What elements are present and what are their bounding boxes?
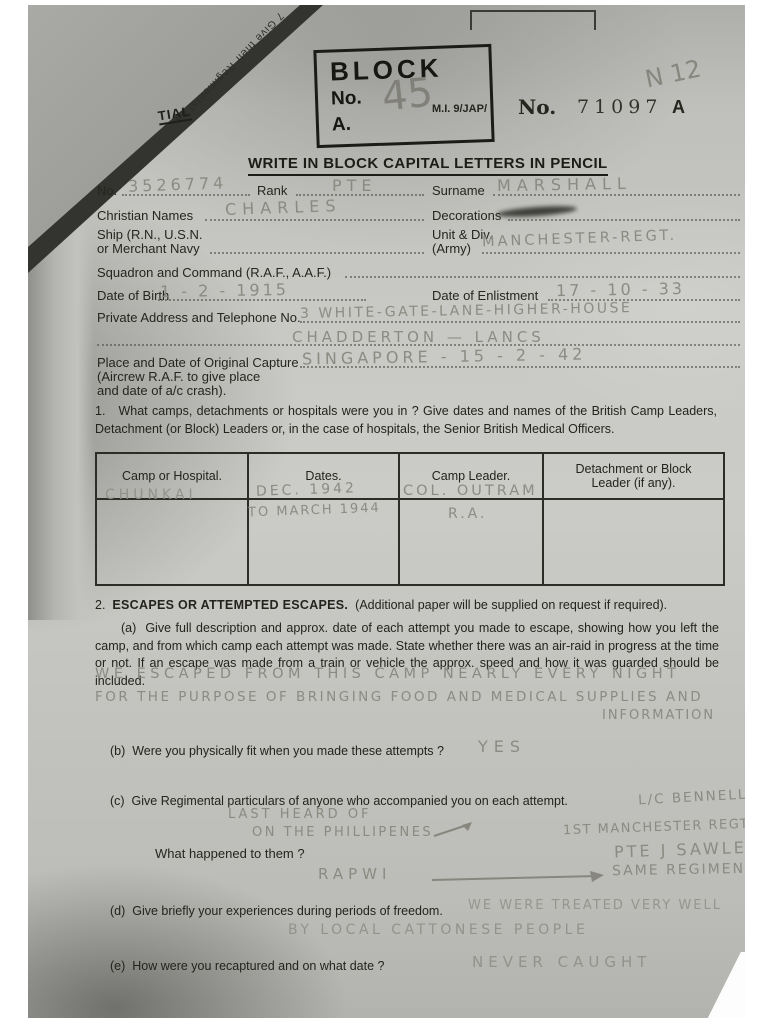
question-1: 1. What camps, detachments or hospitals … bbox=[95, 403, 717, 438]
address-value-line2: CHADDERTON — LANCS bbox=[292, 328, 545, 346]
answer-2c-last-heard: LAST HEARD OF bbox=[228, 807, 372, 822]
handwritten-block-number: 45 bbox=[380, 69, 435, 120]
camps-table: Camp or Hospital. Dates. Camp Leader. De… bbox=[95, 452, 725, 586]
questionnaire-number: 71097 bbox=[577, 96, 662, 118]
what-happened-label: What happened to them ? bbox=[155, 846, 305, 861]
answer-2a-line1: WE ESCAPED FROM THIS CAMP NEARLY EVERY N… bbox=[95, 666, 681, 682]
question-2d-label: (d) bbox=[110, 904, 125, 918]
no-field-label: No. bbox=[97, 183, 117, 198]
stamp-line: No. bbox=[331, 87, 362, 110]
answer-2c-same-regiment: SAME REGIMENT bbox=[612, 861, 756, 880]
question-2a-label: (a) bbox=[121, 621, 136, 635]
form-title: WRITE IN BLOCK CAPITAL LETTERS IN PENCIL bbox=[248, 155, 608, 176]
table-cell-camp bbox=[97, 500, 249, 584]
dob-value: 1 - 2 - 1915 bbox=[160, 280, 289, 301]
frame-bottom bbox=[0, 1018, 772, 1024]
frame-right bbox=[745, 0, 772, 1024]
answer-2e: NEVER CAUGHT bbox=[472, 953, 651, 971]
answer-2c-location: ON THE PHILLIPENES bbox=[252, 825, 433, 840]
dotted-line bbox=[482, 252, 740, 254]
capture-label-3: and date of a/c crash). bbox=[97, 383, 226, 398]
surname-value: MARSHALL bbox=[497, 174, 632, 195]
answer-2d-line1: WE WERE TREATED VERY WELL bbox=[468, 898, 722, 913]
partial-stamp-outline bbox=[470, 10, 596, 30]
no-label: No. bbox=[518, 95, 556, 119]
question-2e-text: How were you recaptured and on what date… bbox=[132, 959, 384, 973]
unit-div-label-2: (Army) bbox=[432, 241, 471, 256]
surname-label: Surname bbox=[432, 183, 485, 198]
stamp-line: A. bbox=[332, 114, 352, 137]
question-2-title: ESCAPES OR ATTEMPTED ESCAPES. bbox=[112, 598, 348, 612]
dotted-line bbox=[345, 276, 740, 278]
question-1-number: 1. bbox=[95, 404, 105, 418]
mi9-reference: M.I. 9/JAP/ bbox=[432, 103, 487, 115]
dotted-line bbox=[210, 252, 424, 254]
rank-value: PTE bbox=[332, 176, 377, 195]
question-2d-text: Give briefly your experiences during per… bbox=[132, 904, 443, 918]
question-2e-label: (e) bbox=[110, 959, 125, 973]
question-2-note: (Additional paper will be supplied on re… bbox=[355, 598, 667, 612]
leader-value-line2: R.A. bbox=[448, 506, 487, 522]
question-2c: (c) Give Regimental particulars of anyon… bbox=[110, 793, 650, 811]
question-2b-label: (b) bbox=[110, 744, 125, 758]
handwritten-long-arrow-icon bbox=[430, 868, 610, 886]
answer-2a-line3: INFORMATION bbox=[602, 708, 715, 723]
question-2d: (d) Give briefly your experiences during… bbox=[110, 903, 530, 921]
frame-left bbox=[0, 0, 28, 1024]
rank-label: Rank bbox=[257, 183, 287, 198]
table-header-detachment: Detachment or Block Leader (if any). bbox=[544, 454, 723, 500]
enlistment-value: 17 - 10 - 33 bbox=[556, 279, 685, 300]
scanned-document: 7 Give their Regimental pa TIAL BLOCK No… bbox=[0, 0, 772, 1024]
question-2-number: 2. bbox=[95, 598, 105, 612]
handwritten-arrow-icon bbox=[432, 818, 476, 840]
question-2-heading: 2. ESCAPES OR ATTEMPTED ESCAPES. (Additi… bbox=[95, 597, 735, 615]
service-number-value: 3526774 bbox=[128, 173, 228, 195]
christian-names-value: CHARLES bbox=[225, 196, 342, 219]
ship-label: Ship (R.N., U.S.N. bbox=[97, 227, 202, 242]
enlistment-label: Date of Enlistment bbox=[432, 288, 538, 303]
answer-2c-rapwi: RAPWI bbox=[318, 865, 391, 883]
question-2b: (b) Were you physically fit when you mad… bbox=[110, 743, 630, 761]
answer-2d-line2: BY LOCAL CATTONESE PEOPLE bbox=[288, 922, 588, 938]
dotted-line bbox=[205, 219, 424, 221]
number-suffix: A bbox=[672, 97, 685, 118]
camp-value: CHUNKAI bbox=[105, 487, 197, 503]
squadron-label: Squadron and Command (R.A.F., A.A.F.) bbox=[97, 265, 331, 280]
dotted-line bbox=[300, 321, 740, 323]
question-2e: (e) How were you recaptured and on what … bbox=[110, 958, 530, 976]
question-2c-label: (c) bbox=[110, 794, 125, 808]
decorations-label: Decorations bbox=[432, 208, 501, 223]
leader-value-line1: COL. OUTRAM bbox=[403, 483, 538, 499]
capture-label: Place and Date of Original Capture bbox=[97, 355, 299, 370]
answer-2a-line2: FOR THE PURPOSE OF BRINGING FOOD AND MED… bbox=[95, 689, 703, 705]
dotted-line bbox=[508, 219, 740, 221]
question-1-text: What camps, detachments or hospitals wer… bbox=[95, 404, 717, 436]
question-2c-text: Give Regimental particulars of anyone wh… bbox=[132, 794, 568, 808]
question-2b-text: Were you physically fit when you made th… bbox=[132, 744, 444, 758]
address-label: Private Address and Telephone No. bbox=[97, 310, 301, 325]
table-cell-detachment bbox=[544, 500, 723, 584]
christian-names-label: Christian Names bbox=[97, 208, 193, 223]
ship-label-2: or Merchant Navy bbox=[97, 241, 200, 256]
answer-2b: YES bbox=[478, 737, 526, 756]
frame-top bbox=[0, 0, 772, 5]
capture-label-2: (Aircrew R.A.F. to give place bbox=[97, 369, 260, 384]
